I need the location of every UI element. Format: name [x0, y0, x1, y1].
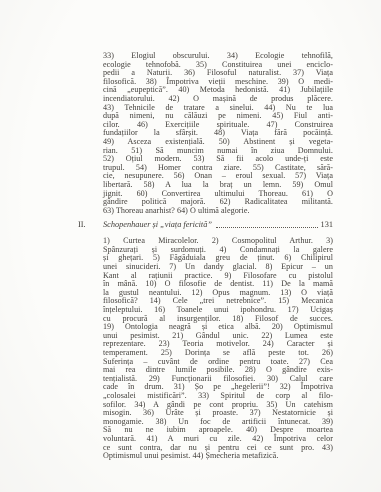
- toc-line: Optimismul unui pesimist. 44) Șmecheria …: [103, 452, 333, 461]
- book-page: 33) Elogiul obscurului. 34) Ecologie teh…: [0, 0, 381, 492]
- dot-leader: [216, 227, 318, 228]
- toc-content: 33) Elogiul obscurului. 34) Ecologie teh…: [103, 52, 333, 461]
- toc-line: 63) Thoreau anarhist? 64) O ultimă alego…: [103, 207, 333, 216]
- chapter-page-number: 131: [321, 220, 333, 230]
- chapter-1-items-continued: 33) Elogiul obscurului. 34) Ecologie teh…: [103, 52, 333, 215]
- chapter-numeral: II.: [78, 220, 103, 230]
- chapter-2-heading: II. Schopenhauer și „viața fericită” 131: [78, 220, 333, 230]
- chapter-title: Schopenhauer și „viața fericită”: [103, 220, 212, 230]
- chapter-2-items: 1) Curtea Miracolelor. 2) Cosmopolitul A…: [103, 237, 333, 460]
